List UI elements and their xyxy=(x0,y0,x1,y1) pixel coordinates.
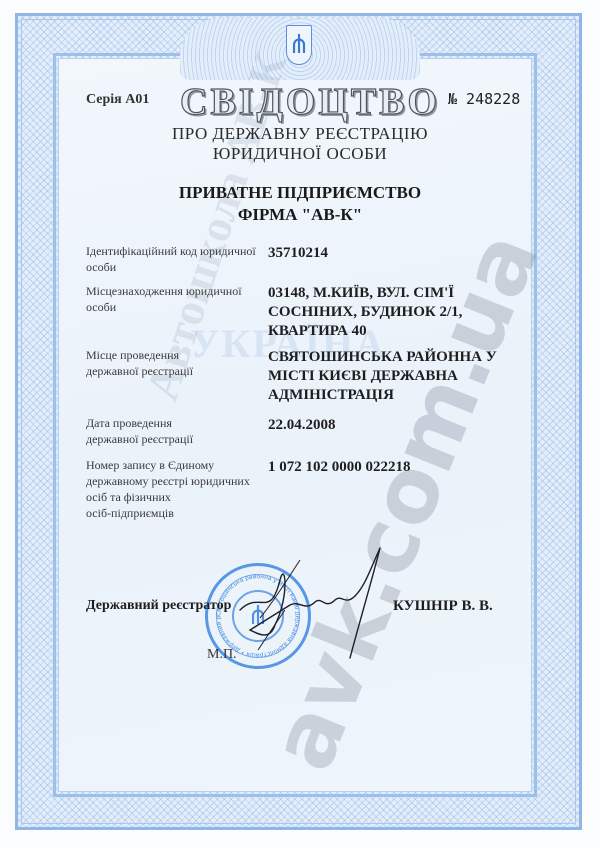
field-label: Місце проведення державної реєстрації xyxy=(86,347,266,379)
label-line: державної реєстрації xyxy=(86,363,266,379)
label-line: осіб та фізичних xyxy=(86,489,266,505)
field-label: Ідентифікаційний код юридичної особи xyxy=(86,243,266,275)
entity-name: ПРИВАТНЕ ПІДПРИЄМСТВО ФІРМА "АВ-К" xyxy=(100,182,500,226)
certificate-number: № 248228 xyxy=(448,90,520,108)
label-line: Номер запису в Єдиному xyxy=(86,457,266,473)
label-line: Місце проведення xyxy=(86,347,266,363)
entity-name-line: ПРИВАТНЕ ПІДПРИЄМСТВО xyxy=(100,182,500,204)
entity-name-line: ФІРМА "АВ-К" xyxy=(100,204,500,226)
label-line: осіб-підприємців xyxy=(86,505,266,521)
certificate-title: СВІДОЦТВО xyxy=(180,80,420,124)
certificate-series: Серія А01 xyxy=(86,92,149,108)
label-line: Місцезнаходження юридичної xyxy=(86,283,266,299)
field-label: Номер запису в Єдиному державному реєстр… xyxy=(86,457,266,521)
label-line: державному реєстрі юридичних xyxy=(86,473,266,489)
label-line: Ідентифікаційний код юридичної xyxy=(86,243,266,259)
registrar-name: КУШНІР В. В. xyxy=(393,598,493,615)
registrar-label: Державний реєстратор xyxy=(86,598,231,614)
field-label: Дата проведення державної реєстрації xyxy=(86,415,266,447)
label-line: Дата проведення xyxy=(86,415,266,431)
handwritten-signature xyxy=(230,540,400,670)
field-label: Місцезнаходження юридичної особи xyxy=(86,283,266,315)
subtitle-line: ЮРИДИЧНОЇ ОСОБИ xyxy=(100,144,500,164)
subtitle-line: ПРО ДЕРЖАВНУ РЕЄСТРАЦІЮ xyxy=(100,124,500,144)
label-line: державної реєстрації xyxy=(86,431,266,447)
label-line: особи xyxy=(86,259,266,275)
label-line: особи xyxy=(86,299,266,315)
certificate-subtitle: ПРО ДЕРЖАВНУ РЕЄСТРАЦІЮ ЮРИДИЧНОЇ ОСОБИ xyxy=(100,124,500,164)
